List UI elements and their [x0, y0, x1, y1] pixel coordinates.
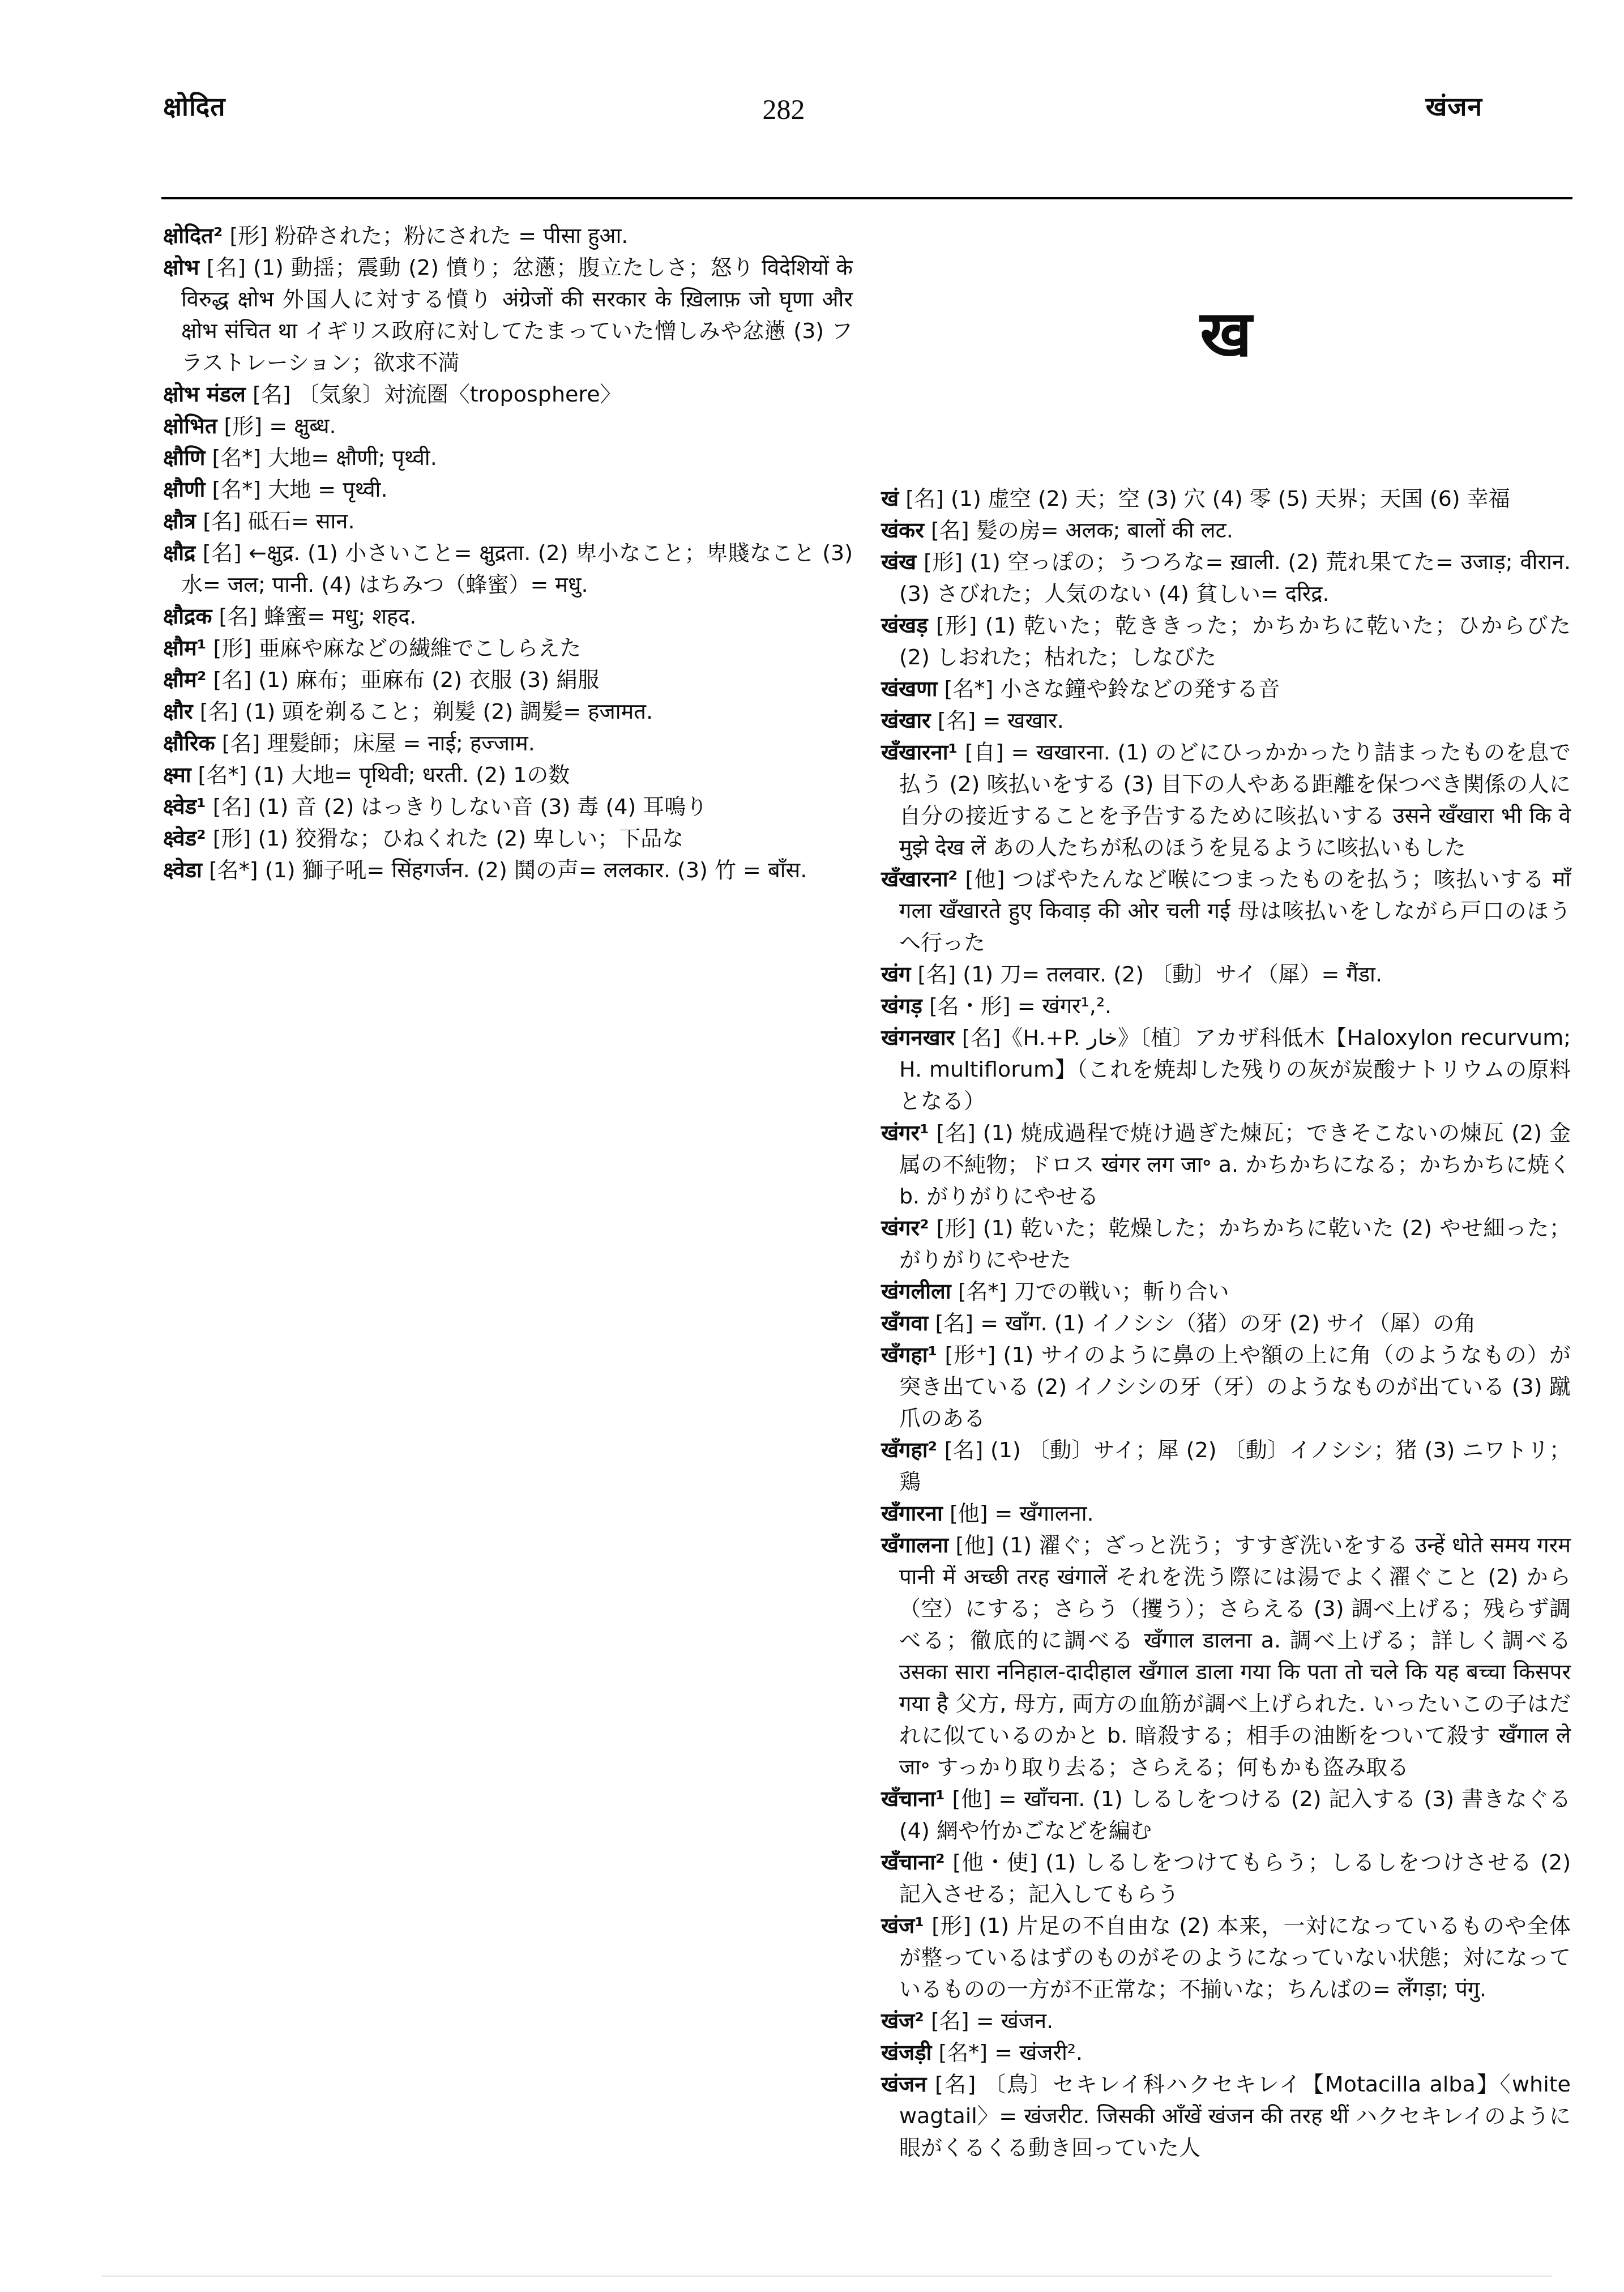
dictionary-entry: क्षौम² [名] (1) 麻布；亜麻布 (2) 衣服 (3) 絹服: [163, 664, 853, 695]
entry-headword: खँचाना²: [881, 1850, 945, 1875]
entry-headword: खँगारना: [881, 1501, 943, 1526]
entry-body: [名*] 大地 = पृथ्वी.: [212, 477, 388, 502]
dictionary-entry: खंखड़ [形] (1) 乾いた；乾ききった；かちかちに乾いた；ひからびた (…: [881, 609, 1571, 673]
dictionary-entry: क्ष्मा [名*] (1) 大地= पृथिवी; धरती. (2) 1の…: [163, 759, 853, 791]
entry-body: [名] (1) 頭を剃ること；剃髪 (2) 調髪= हजामत.: [200, 699, 653, 724]
dictionary-entry: खंख [形] (1) 空っぽの；うつろな= ख़ाली. (2) 荒れ果てた=…: [881, 546, 1571, 609]
dictionary-entry: क्षौद्र [名] ←क्षुद्र. (1) 小さいこと= क्षुद्र…: [163, 537, 853, 600]
entry-body: [形] (1) 乾いた；乾燥した；かちかちに乾いた (2) やせ細った；がりがり…: [899, 1215, 1571, 1272]
entry-headword: क्षौम¹: [163, 635, 206, 660]
entry-headword: खँखारना¹: [881, 740, 958, 765]
entry-headword: खँचाना¹: [881, 1786, 945, 1811]
entry-body: [名] 砥石= सान.: [203, 509, 354, 533]
entry-headword: क्ष्वेड¹: [163, 794, 206, 819]
entry-headword: क्ष्वेड²: [163, 826, 206, 851]
entry-body: [名] 理髪師；床屋 = नाई; हज्जाम.: [222, 731, 535, 756]
entry-headword: खंकर: [881, 518, 924, 543]
entry-headword: क्ष्मा: [163, 762, 191, 787]
page-number: 282: [0, 95, 1567, 123]
entry-headword: खँखारना²: [881, 867, 958, 891]
left-column: क्षोदित² [形] 粉砕された；粉にされた = पीसा हुआ. क्ष…: [163, 220, 853, 886]
entry-body: [形] (1) 空っぽの；うつろな= ख़ाली. (2) 荒れ果てた= उजा…: [899, 549, 1571, 606]
dictionary-entry: क्षोभ मंडल [名] 〔気象〕対流圏〈troposphere〉: [163, 378, 853, 410]
entry-body: [形] (1) 乾いた；乾ききった；かちかちに乾いた；ひからびた (2) しおれ…: [899, 613, 1571, 669]
dictionary-entry: खँगारना [他] = खँगालना.: [881, 1497, 1571, 1529]
dictionary-entry: खंजड़ी [名*] = खंजरी².: [881, 2037, 1571, 2068]
entry-headword: क्षौद्रक: [163, 604, 212, 629]
dictionary-entry: खंग [名] (1) 刀= तलवार. (2) 〔動〕サイ（犀）= गैंड…: [881, 958, 1571, 990]
dictionary-entry: क्ष्वेड¹ [名] (1) 音 (2) はっきりしない音 (3) 毒 (4…: [163, 791, 853, 822]
running-head-right: खंजन: [1426, 93, 1482, 119]
entry-headword: क्षोभ मंडल: [163, 382, 246, 407]
entry-headword: खँगहा²: [881, 1437, 937, 1462]
entry-headword: खंखार: [881, 708, 931, 733]
dictionary-entry: खंगर² [形] (1) 乾いた；乾燥した；かちかちに乾いた (2) やせ細っ…: [881, 1212, 1571, 1275]
entry-body: [名*] 小さな鐘や鈴などの発する音: [945, 676, 1280, 701]
entry-headword: खंजन: [881, 2072, 926, 2097]
entry-body: [他] (1) 濯ぐ；ざっと洗う；すすぎ洗いをする उन्हें धोते सम…: [899, 1533, 1571, 1779]
entry-body: [名]《H.+P. خار》〔植〕アカザ科低木【Haloxylon recurv…: [899, 1025, 1571, 1113]
entry-headword: क्षौरिक: [163, 731, 215, 756]
entry-headword: खंख: [881, 549, 916, 574]
dictionary-entry: खँखारना² [他] つばやたんなど喉につまったものを払う；咳払いする मा…: [881, 863, 1571, 958]
entry-body: [名] = खखार.: [938, 708, 1064, 733]
dictionary-entry: खंगलीला [名*] 刀での戦い；斬り合い: [881, 1275, 1571, 1307]
dictionary-entry: खँगवा [名] = खाँग. (1) イノシシ（猪）の牙 (2) サイ（犀…: [881, 1307, 1571, 1339]
entry-body: [名] = खाँग. (1) イノシシ（猪）の牙 (2) サイ（犀）の角: [935, 1311, 1476, 1335]
right-column-entries: खं [名] (1) 虚空 (2) 天；空 (3) 穴 (4) 零 (5) 天界…: [881, 483, 1571, 2163]
entry-headword: क्षोभित: [163, 413, 217, 438]
entry-body: [名*] (1) 大地= पृथिवी; धरती. (2) 1の数: [198, 762, 570, 787]
entry-body: [名] (1) 麻布；亜麻布 (2) 衣服 (3) 絹服: [213, 667, 600, 692]
dictionary-entry: खँचाना² [他・使] (1) しるしをつけてもらう；しるしをつけさせる (…: [881, 1846, 1571, 1910]
entry-body: [名] (1) 焼成過程で焼け過ぎた煉瓦；できそこないの煉瓦 (2) 金属の不純…: [899, 1120, 1571, 1209]
dictionary-entry: क्षौम¹ [形] 亜麻や麻などの繊維でこしらえた: [163, 632, 853, 664]
entry-body: [名*] = खंजरी².: [939, 2040, 1083, 2065]
entry-headword: क्षौद्र: [163, 540, 195, 565]
entry-headword: खँगहा¹: [881, 1342, 937, 1367]
entry-headword: खंखड़: [881, 613, 928, 638]
entry-body: [名] 蜂蜜= मधु; शहद.: [219, 604, 417, 629]
dictionary-entry: खंगनखार [名]《H.+P. خار》〔植〕アカザ科低木【Haloxylo…: [881, 1022, 1571, 1117]
dictionary-entry: खँखारना¹ [自] = खखारना. (1) のどにひっかかったり詰まっ…: [881, 736, 1571, 863]
dictionary-entry: क्ष्वेड² [形] (1) 狡猾な；ひねくれた (2) 卑しい；下品な: [163, 822, 853, 854]
dictionary-entry: क्षौर [名] (1) 頭を剃ること；剃髪 (2) 調髪= हजामत.: [163, 695, 853, 727]
dictionary-entry: खंगर¹ [名] (1) 焼成過程で焼け過ぎた煉瓦；できそこないの煉瓦 (2)…: [881, 1117, 1571, 1212]
entry-body: [他・使] (1) しるしをつけてもらう；しるしをつけさせる (2) 記入させる…: [899, 1850, 1571, 1906]
entry-headword: खंगलीला: [881, 1279, 951, 1304]
dictionary-entry: खंखार [名] = खखार.: [881, 705, 1571, 736]
entry-headword: खँगवा: [881, 1311, 928, 1335]
entry-body: [名] 〔鳥〕セキレイ科ハクセキレイ【Motacilla alba】〈white…: [899, 2072, 1571, 2160]
dictionary-entry: खंज² [名] = खंजन.: [881, 2005, 1571, 2037]
entry-headword: क्षोदित²: [163, 223, 223, 248]
entry-body: [名] ←क्षुद्र. (1) 小さいこと= क्षुद्रता. (2) …: [181, 540, 853, 597]
dictionary-page: क्षोदित 282 खंजन क्षोदित² [形] 粉砕された；粉にされ…: [0, 0, 1624, 2292]
entry-body: [名*] 刀での戦い；斬り合い: [958, 1279, 1229, 1304]
dictionary-entry: खँगहा¹ [形⁺] (1) サイのように鼻の上や額の上に角（のようなもの）が…: [881, 1339, 1571, 1434]
dictionary-entry: क्षौरिक [名] 理髪師；床屋 = नाई; हज्जाम.: [163, 727, 853, 759]
right-column: ख खं [名] (1) 虚空 (2) 天；空 (3) 穴 (4) 零 (5) …: [881, 220, 1571, 2163]
entry-body: [名] (1) 刀= तलवार. (2) 〔動〕サイ（犀）= गैंडा.: [918, 962, 1382, 987]
entry-headword: खंगड़: [881, 993, 922, 1018]
entry-headword: खंजड़ी: [881, 2040, 931, 2065]
page-bottom-rule: [102, 2276, 1552, 2277]
dictionary-entry: क्षौणि [名*] 大地= क्षौणी; पृथ्वी.: [163, 442, 853, 473]
entry-headword: क्षौत्र: [163, 509, 196, 533]
dictionary-entry: क्षोभ [名] (1) 動揺；震動 (2) 憤り；忿懣；腹立たしさ；怒り व…: [163, 251, 853, 378]
entry-headword: खंगर²: [881, 1215, 929, 1240]
dictionary-entry: खँगालना [他] (1) 濯ぐ；ざっと洗う；すすぎ洗いをする उन्हें…: [881, 1529, 1571, 1783]
entry-headword: खंज¹: [881, 1913, 924, 1938]
entry-headword: क्षौणि: [163, 445, 205, 470]
dictionary-entry: क्षोभित [形] = क्षुब्ध.: [163, 410, 853, 442]
entry-headword: खंग: [881, 962, 911, 987]
entry-headword: खंगर¹: [881, 1120, 929, 1145]
entry-headword: क्षौणी: [163, 477, 205, 502]
entry-body: [形] 亜麻や麻などの繊維でこしらえた: [213, 635, 582, 660]
entry-body: [他] = खँगालना.: [950, 1501, 1094, 1526]
entry-body: [形] (1) 狡猾な；ひねくれた (2) 卑しい；下品な: [213, 826, 684, 851]
entry-headword: क्ष्वेडा: [163, 857, 202, 882]
dictionary-entry: क्षौत्र [名] 砥石= सान.: [163, 505, 853, 537]
entry-headword: क्षौम²: [163, 667, 206, 692]
entry-headword: क्षोभ: [163, 255, 199, 280]
header-rule: [161, 197, 1572, 199]
section-letter-heading: ख: [881, 302, 1571, 366]
dictionary-entry: खंज¹ [形] (1) 片足の不自由な (2) 本来，一対になっているものや全…: [881, 1910, 1571, 2005]
dictionary-entry: क्षौणी [名*] 大地 = पृथ्वी.: [163, 473, 853, 505]
dictionary-entry: खंखणा [名*] 小さな鐘や鈴などの発する音: [881, 673, 1571, 705]
entry-body: [形] 粉砕された；粉にされた = पीसा हुआ.: [230, 223, 629, 248]
entry-body: [名] = खंजन.: [931, 2008, 1053, 2033]
entry-headword: क्षौर: [163, 699, 193, 724]
dictionary-entry: खं [名] (1) 虚空 (2) 天；空 (3) 穴 (4) 零 (5) 天界…: [881, 483, 1571, 514]
dictionary-entry: खंगड़ [名・形] = खंगर¹,².: [881, 990, 1571, 1022]
entry-headword: खंगनखार: [881, 1025, 955, 1050]
entry-headword: खंज²: [881, 2008, 924, 2033]
entry-body: [他] つばやたんなど喉につまったものを払う；咳払いする माँ गला खँख…: [899, 867, 1571, 955]
dictionary-entry: खंकर [名] 髪の房= अलक; बालों की लट.: [881, 514, 1571, 546]
dictionary-entry: खंजन [名] 〔鳥〕セキレイ科ハクセキレイ【Motacilla alba】〈…: [881, 2068, 1571, 2163]
entry-headword: खंखणा: [881, 676, 937, 701]
entry-body: [名] (1) 虚空 (2) 天；空 (3) 穴 (4) 零 (5) 天界；天国…: [905, 486, 1510, 511]
entry-body: [名*] 大地= क्षौणी; पृथ्वी.: [212, 445, 437, 470]
dictionary-entry: क्ष्वेडा [名*] (1) 獅子吼= सिंहगर्जन. (2) 鬨の…: [163, 854, 853, 886]
entry-headword: खं: [881, 486, 899, 511]
entry-body: [名] 髪の房= अलक; बालों की लट.: [931, 518, 1233, 543]
entry-body: [形] (1) 片足の不自由な (2) 本来，一対になっているものや全体が整って…: [899, 1913, 1571, 2001]
entry-body: [名] (1) 動揺；震動 (2) 憤り；忿懣；腹立たしさ；怒り विदेशिय…: [181, 255, 853, 375]
dictionary-entry: खँचाना¹ [他] = खाँचना. (1) しるしをつける (2) 記入…: [881, 1783, 1571, 1846]
entry-body: [名*] (1) 獅子吼= सिंहगर्जन. (2) 鬨の声= ललकार.…: [209, 857, 807, 882]
entry-body: [名] (1) 音 (2) はっきりしない音 (3) 毒 (4) 耳鳴り: [213, 794, 708, 819]
entry-body: [形] = क्षुब्ध.: [224, 413, 336, 438]
entry-body: [他] = खाँचना. (1) しるしをつける (2) 記入する (3) 書…: [899, 1786, 1571, 1843]
entry-body: [名] 〔気象〕対流圏〈troposphere〉: [253, 382, 622, 407]
dictionary-entry: खँगहा² [名] (1) 〔動〕サイ；犀 (2) 〔動〕イノシシ；猪 (3)…: [881, 1434, 1571, 1497]
entry-headword: खँगालना: [881, 1533, 948, 1557]
entry-body: [自] = खखारना. (1) のどにひっかかったり詰まったものを息で払う …: [899, 740, 1571, 860]
entry-body: [形⁺] (1) サイのように鼻の上や額の上に角（のようなもの）が突き出ている …: [899, 1342, 1571, 1431]
dictionary-entry: क्षौद्रक [名] 蜂蜜= मधु; शहद.: [163, 600, 853, 632]
dictionary-entry: क्षोदित² [形] 粉砕された；粉にされた = पीसा हुआ.: [163, 220, 853, 251]
entry-body: [名] (1) 〔動〕サイ；犀 (2) 〔動〕イノシシ；猪 (3) ニワトリ；鶏: [899, 1437, 1571, 1494]
entry-body: [名・形] = खंगर¹,².: [929, 993, 1112, 1018]
